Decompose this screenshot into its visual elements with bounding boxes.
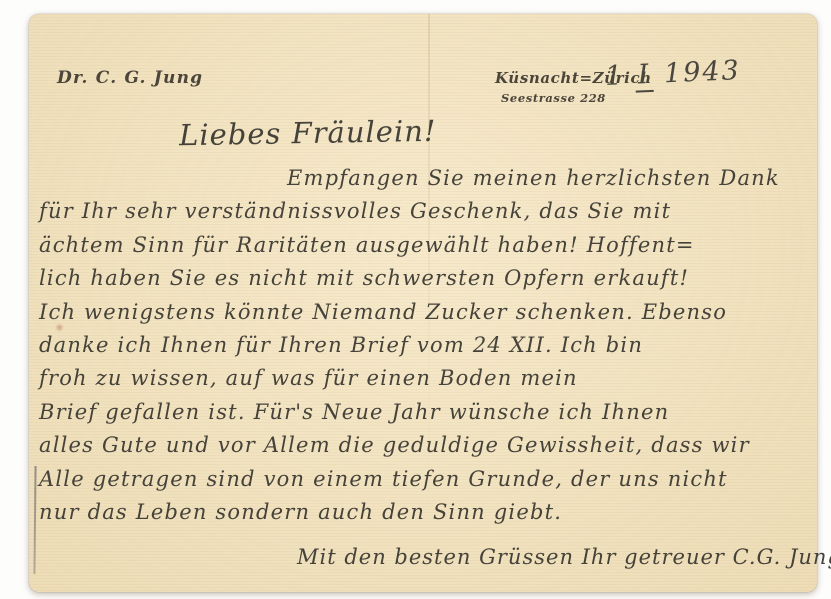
body-line: alles Gute und vor Allem die geduldige G… bbox=[39, 429, 811, 462]
letter-body: Empfangen Sie meinen herzlichsten Dank f… bbox=[39, 162, 811, 529]
date-day: 1 bbox=[604, 60, 625, 92]
body-line: Brief gefallen ist. Für's Neue Jahr wüns… bbox=[39, 396, 811, 429]
body-line: danke ich Ihnen für Ihren Brief vom 24 X… bbox=[39, 329, 811, 362]
body-line: nur das Leben sondern auch den Sinn gieb… bbox=[39, 496, 811, 529]
letterhead-street: Seestrasse 228 bbox=[501, 91, 606, 105]
date-month: I bbox=[634, 59, 654, 93]
body-line: für Ihr sehr verständnissvolles Geschenk… bbox=[39, 195, 811, 228]
body-line: lich haben Sie es nicht mit schwersten O… bbox=[39, 262, 811, 295]
date-year: 1943 bbox=[663, 55, 741, 89]
salutation: Liebes Fräulein! bbox=[179, 114, 437, 152]
body-line: Ich wenigstens könnte Niemand Zucker sch… bbox=[39, 296, 811, 329]
margin-pencil-line bbox=[33, 466, 36, 574]
body-line: froh zu wissen, auf was für einen Boden … bbox=[39, 362, 811, 395]
handwritten-date: 1 I 1943 bbox=[604, 55, 741, 92]
letter-paper: Dr. C. G. Jung Küsnacht=Zürich Seestrass… bbox=[29, 14, 817, 592]
body-line: ächtem Sinn für Raritäten ausgewählt hab… bbox=[39, 229, 811, 262]
body-line: Empfangen Sie meinen herzlichsten Dank bbox=[39, 162, 811, 195]
letterhead-sender: Dr. C. G. Jung bbox=[57, 68, 203, 88]
body-line: Alle getragen sind von einem tiefen Grun… bbox=[39, 463, 811, 496]
closing-signature: Mit den besten Grüssen Ihr getreuer C.G.… bbox=[297, 545, 831, 569]
